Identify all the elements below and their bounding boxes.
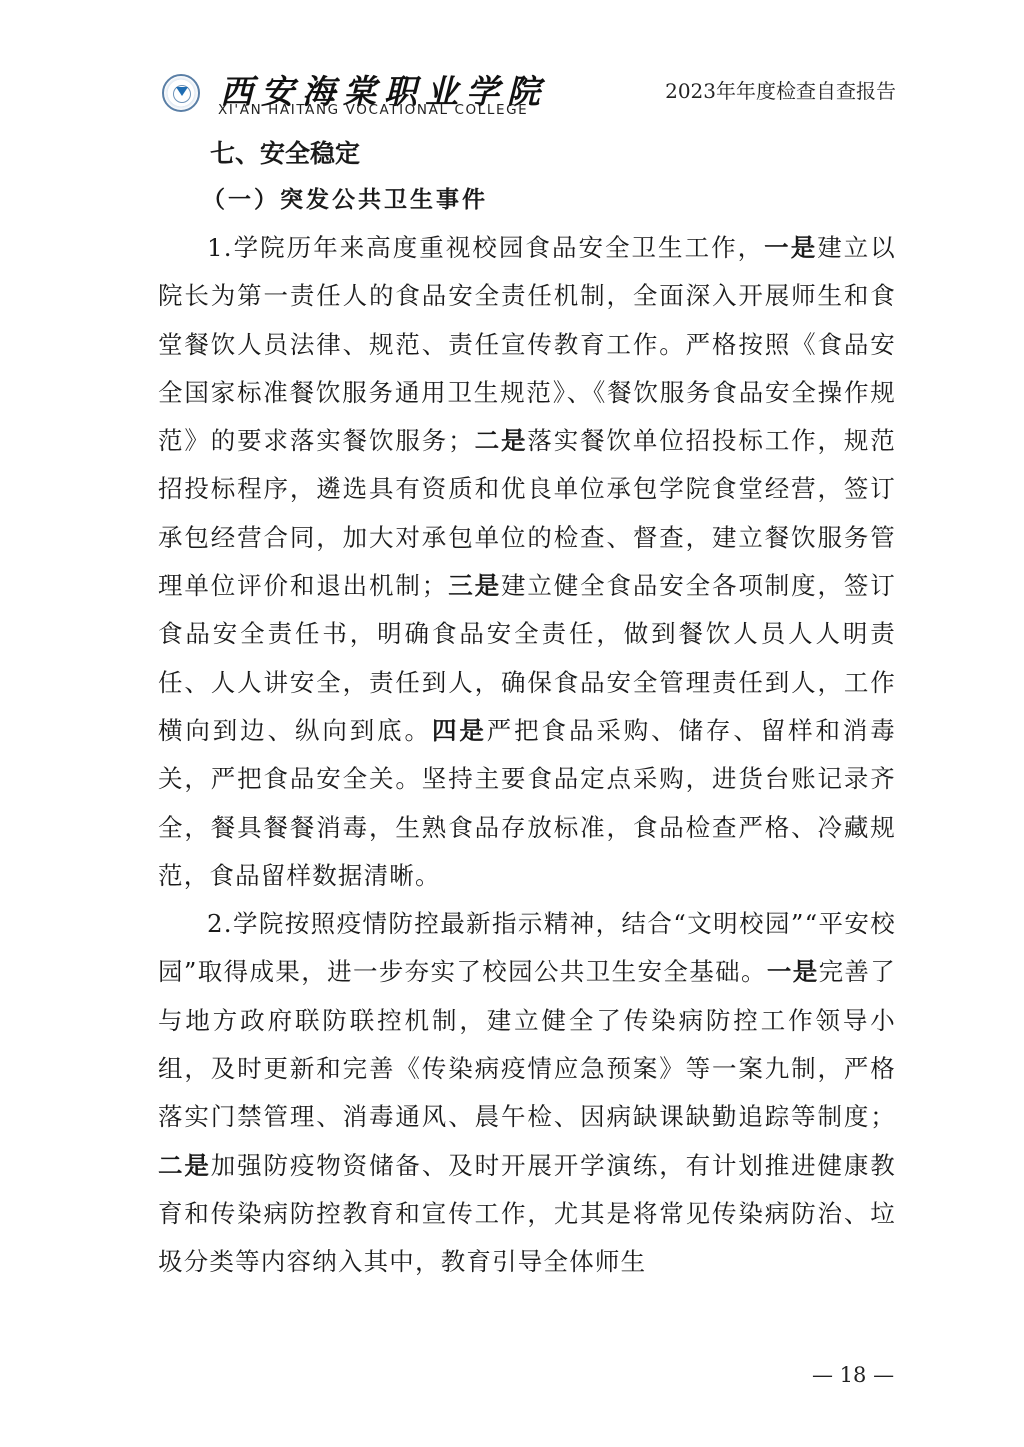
emphasis-text: 二是 — [474, 426, 527, 455]
paragraph-text: 1.学院历年来高度重视校园食品安全卫生工作， — [207, 233, 764, 262]
paragraph-text: 加强防疫物资储备、及时开展开学演练，有计划推进健康教育和传染病防控教育和宣传工作… — [158, 1151, 896, 1277]
emphasis-text: 二是 — [158, 1151, 211, 1180]
paragraph-2: 2.学院按照疫情防控最新指示精神，结合“文明校园”“平安校园”取得成果，进一步夯… — [158, 900, 896, 1286]
section-title: 七、安全稳定 — [158, 132, 896, 176]
college-name-en: XI'AN HAITANG VOCATIONAL COLLEGE — [218, 102, 528, 118]
page-number: — 18 — — [812, 1363, 894, 1387]
emphasis-text: 三是 — [448, 571, 501, 600]
emphasis-text: 一是 — [764, 233, 817, 262]
report-title: 2023年年度检查自查报告 — [665, 75, 896, 104]
college-emblem-icon — [162, 74, 200, 112]
page-header: 西安海棠职业学院 XI'AN HAITANG VOCATIONAL COLLEG… — [0, 0, 1024, 130]
emphasis-text: 四是 — [432, 716, 487, 745]
emphasis-text: 一是 — [767, 957, 819, 986]
paragraph-1: 1.学院历年来高度重视校园食品安全卫生工作，一是建立以院长为第一责任人的食品安全… — [158, 224, 896, 900]
emblem-wing-mark — [176, 87, 188, 96]
paragraph-text: 建立以院长为第一责任人的食品安全责任机制，全面深入开展师生和食堂餐饮人员法律、规… — [158, 233, 896, 455]
document-body: 七、安全稳定 （一）突发公共卫生事件 1.学院历年来高度重视校园食品安全卫生工作… — [158, 132, 896, 1287]
subsection-title: （一）突发公共卫生事件 — [158, 176, 896, 224]
